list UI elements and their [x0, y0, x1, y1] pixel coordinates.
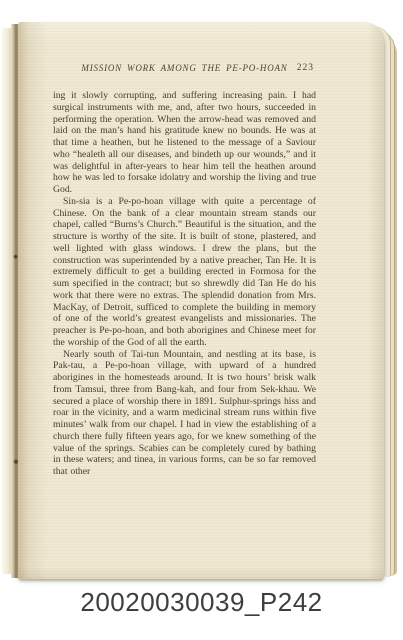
- page-number: 223: [297, 62, 314, 74]
- catalog-number-label: 20020030039_P242: [0, 586, 403, 618]
- paragraph-continuation: ing it slowly corrupting, and suffering …: [53, 90, 316, 196]
- running-title: MISSION WORK AMONG THE PE-PO-HOAN: [53, 62, 316, 74]
- running-header: MISSION WORK AMONG THE PE-PO-HOAN 223: [53, 62, 316, 74]
- page-body-text: ing it slowly corrupting, and suffering …: [53, 90, 316, 478]
- scanned-book-photo: MISSION WORK AMONG THE PE-PO-HOAN 223 in…: [0, 0, 403, 640]
- facing-page-sliver: [2, 28, 11, 574]
- paragraph: Sin-sia is a Pe-po-hoan village with qui…: [53, 196, 316, 349]
- book-page: MISSION WORK AMONG THE PE-PO-HOAN 223 in…: [18, 22, 384, 579]
- paragraph: Nearly south of Tai-tun Mountain, and ne…: [53, 349, 316, 478]
- page-content: MISSION WORK AMONG THE PE-PO-HOAN 223 in…: [18, 22, 384, 478]
